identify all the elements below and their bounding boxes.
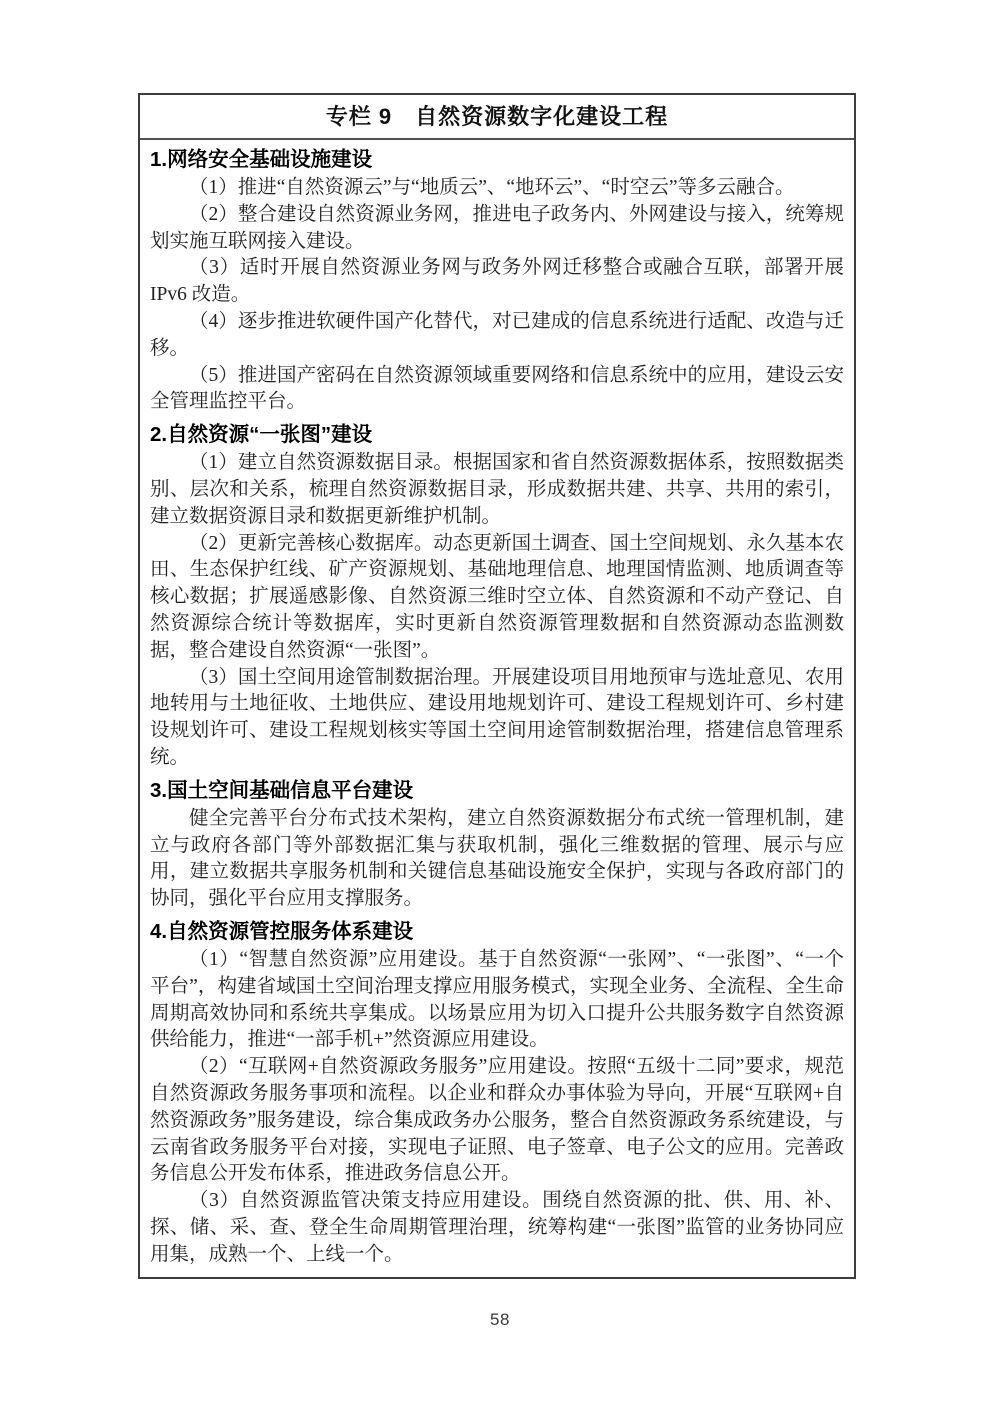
- section-1-paragraph: （3）适时开展自然资源业务网与政务外网迁移整合或融合互联，部署开展 IPv6 改…: [150, 255, 844, 309]
- section-3-heading: 3.国土空间基础信息平台建设: [150, 777, 844, 804]
- section-3-paragraph: 健全完善平台分布式技术架构，建立自然资源数据分布式统一管理机制，建立与政府各部门…: [150, 806, 844, 913]
- section-1-paragraph: （1）推进“自然资源云”与“地质云”、“地环云”、“时空云”等多云融合。: [150, 175, 844, 202]
- page-number: 58: [0, 1310, 1000, 1330]
- section-2-paragraph: （2）更新完善核心数据库。动态更新国土调查、国土空间规划、永久基本农田、生态保护…: [150, 531, 844, 665]
- section-2-paragraph: （1）建立自然资源数据目录。根据国家和省自然资源数据体系，按照数据类别、层次和关…: [150, 450, 844, 530]
- section-4-paragraph: （1）“智慧自然资源”应用建设。基于自然资源“一张网”、“一张图”、“一个平台”…: [150, 947, 844, 1054]
- section-4-heading: 4.自然资源管控服务体系建设: [150, 918, 844, 945]
- section-1-paragraph: （4）逐步推进软硬件国产化替代，对已建成的信息系统进行适配、改造与迁移。: [150, 309, 844, 363]
- section-4-paragraph: （3）自然资源监管决策支持应用建设。围绕自然资源的批、供、用、补、探、储、采、查…: [150, 1188, 844, 1268]
- section-4-paragraph: （2）“互联网+自然资源政务服务”应用建设。按照“五级十二同”要求，规范自然资源…: [150, 1054, 844, 1188]
- section-1-paragraph: （2）整合建设自然资源业务网，推进电子政务内、外网建设与接入，统筹规划实施互联网…: [150, 202, 844, 256]
- box-title: 专栏 9 自然资源数字化建设工程: [140, 95, 854, 140]
- feature-box: 专栏 9 自然资源数字化建设工程 1.网络安全基础设施建设 （1）推进“自然资源…: [138, 93, 856, 1279]
- section-2-paragraph: （3）国土空间用途管制数据治理。开展建设项目用地预审与选址意见、农用地转用与土地…: [150, 665, 844, 772]
- box-content: 1.网络安全基础设施建设 （1）推进“自然资源云”与“地质云”、“地环云”、“时…: [140, 140, 854, 1277]
- section-1-heading: 1.网络安全基础设施建设: [150, 146, 844, 173]
- section-2-heading: 2.自然资源“一张图”建设: [150, 421, 844, 448]
- section-1-paragraph: （5）推进国产密码在自然资源领域重要网络和信息系统中的应用，建设云安全管理监控平…: [150, 363, 844, 417]
- document-page: 专栏 9 自然资源数字化建设工程 1.网络安全基础设施建设 （1）推进“自然资源…: [0, 0, 1000, 1413]
